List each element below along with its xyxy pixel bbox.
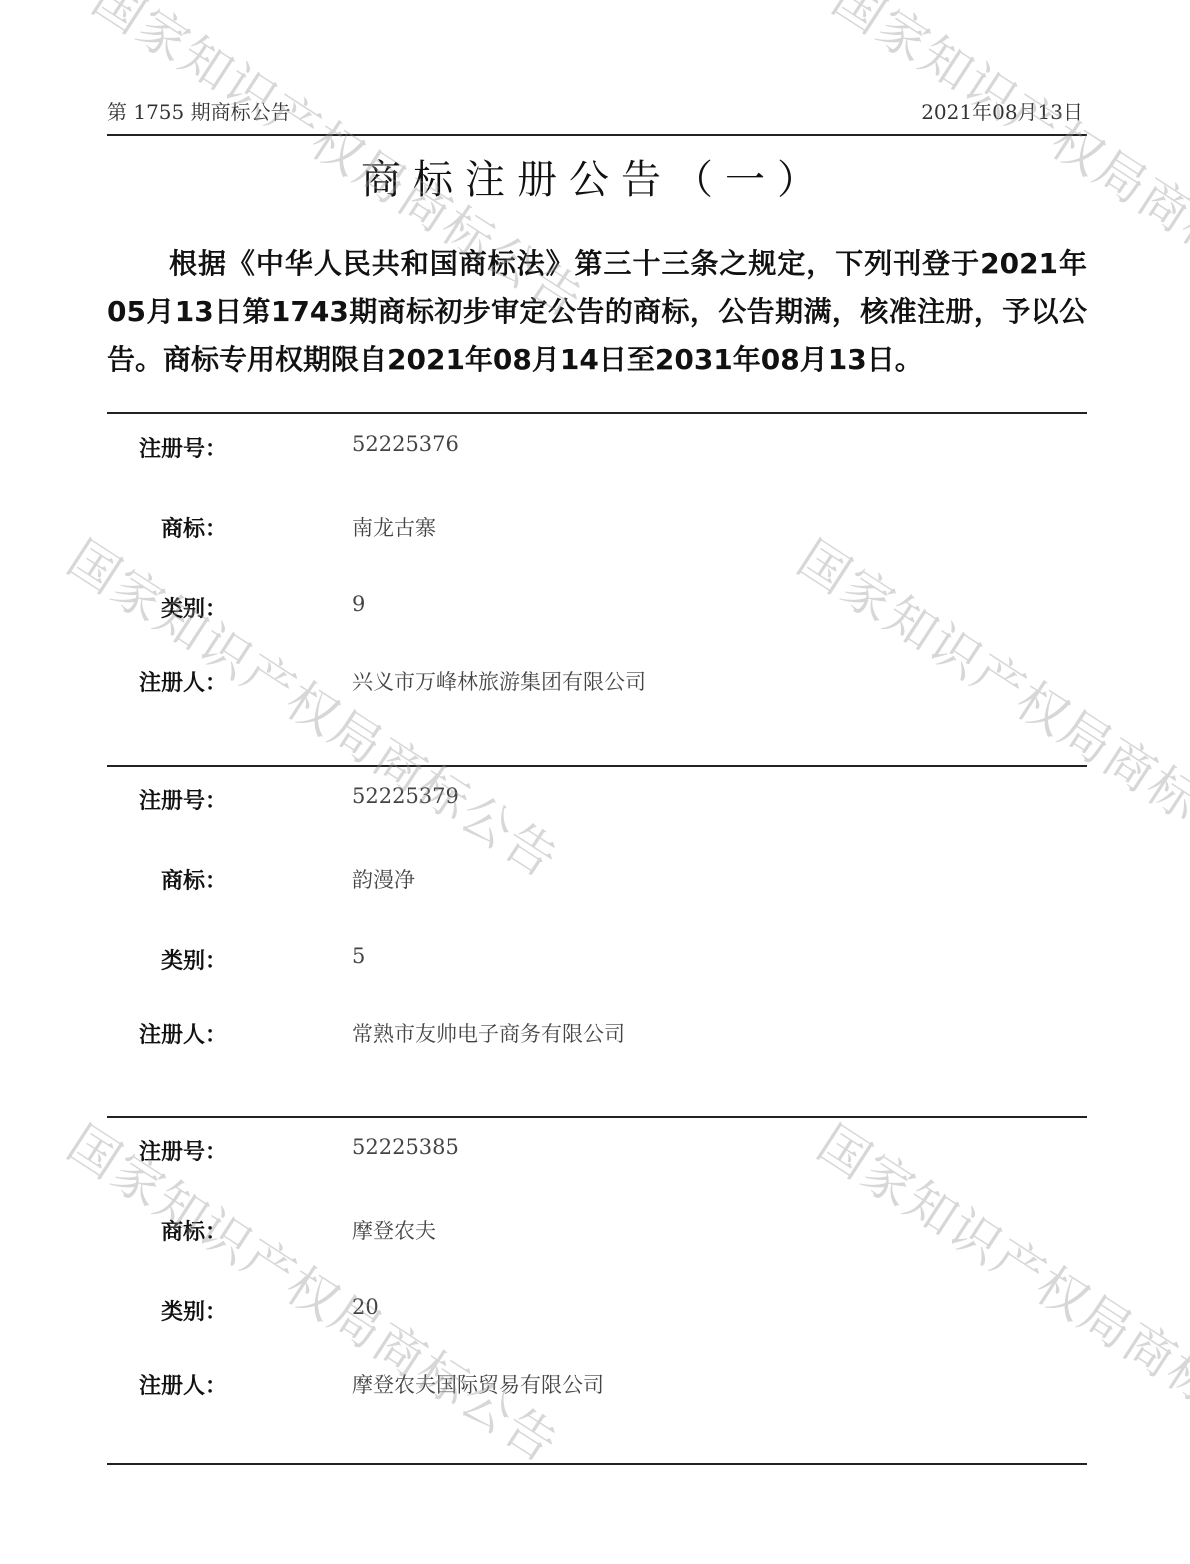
watermark-layer: 国家知识产权局商标公告 国家知识产权局商标公告 国家知识产权局商标公告 国家知识…: [0, 0, 1190, 1564]
issue-number: 第 1755 期商标公告: [107, 96, 291, 125]
mark-label: 商标：: [27, 1215, 227, 1246]
reg-no-label: 注册号：: [27, 1135, 227, 1166]
registrant-value: 摩登农夫国际贸易有限公司: [352, 1369, 604, 1399]
mark-value: 南龙古寨: [352, 512, 436, 542]
mark-value: 韵漫净: [352, 864, 415, 894]
mark-label: 商标：: [27, 864, 227, 895]
registrant-label: 注册人：: [27, 1369, 227, 1400]
section-divider: [107, 412, 1087, 414]
reg-no-value: 52225376: [352, 432, 459, 456]
field-mark: 商标： 南龙古寨: [107, 512, 1087, 542]
field-mark: 商标： 摩登农夫: [107, 1215, 1087, 1245]
mark-value: 摩登农夫: [352, 1215, 436, 1245]
record-divider: [107, 765, 1087, 767]
registrant-value: 兴义市万峰林旅游集团有限公司: [352, 666, 646, 696]
field-reg-no: 注册号： 52225379: [107, 784, 1087, 814]
watermark: 国家知识产权局商标公告: [786, 520, 1190, 892]
intro-paragraph: 根据《中华人民共和国商标法》第三十三条之规定，下列刊登于2021年05月13日第…: [107, 240, 1087, 384]
reg-no-label: 注册号：: [27, 432, 227, 463]
field-registrant: 注册人： 摩登农夫国际贸易有限公司: [107, 1369, 1087, 1399]
reg-no-value: 52225379: [352, 784, 459, 808]
class-value: 20: [352, 1295, 379, 1319]
class-label: 类别：: [27, 1295, 227, 1326]
header-divider: [107, 134, 1087, 136]
footer-divider: [107, 1463, 1087, 1465]
publication-date: 2021年08月13日: [921, 96, 1083, 125]
page-title: 商标注册公告（一）: [0, 148, 1190, 205]
class-value: 9: [352, 592, 365, 616]
registrant-label: 注册人：: [27, 1018, 227, 1049]
registrant-label: 注册人：: [27, 666, 227, 697]
class-label: 类别：: [27, 944, 227, 975]
class-value: 5: [352, 944, 365, 968]
field-reg-no: 注册号： 52225385: [107, 1135, 1087, 1165]
reg-no-value: 52225385: [352, 1135, 459, 1159]
mark-label: 商标：: [27, 512, 227, 543]
field-registrant: 注册人： 常熟市友帅电子商务有限公司: [107, 1018, 1087, 1048]
field-reg-no: 注册号： 52225376: [107, 432, 1087, 462]
reg-no-label: 注册号：: [27, 784, 227, 815]
watermark: 国家知识产权局商标公告: [56, 520, 575, 892]
registrant-value: 常熟市友帅电子商务有限公司: [352, 1018, 625, 1048]
record-divider: [107, 1116, 1087, 1118]
field-mark: 商标： 韵漫净: [107, 864, 1087, 894]
field-class: 类别： 9: [107, 592, 1087, 622]
field-class: 类别： 20: [107, 1295, 1087, 1325]
field-registrant: 注册人： 兴义市万峰林旅游集团有限公司: [107, 666, 1087, 696]
class-label: 类别：: [27, 592, 227, 623]
page-header: 第 1755 期商标公告 2021年08月13日: [107, 96, 1087, 126]
field-class: 类别： 5: [107, 944, 1087, 974]
